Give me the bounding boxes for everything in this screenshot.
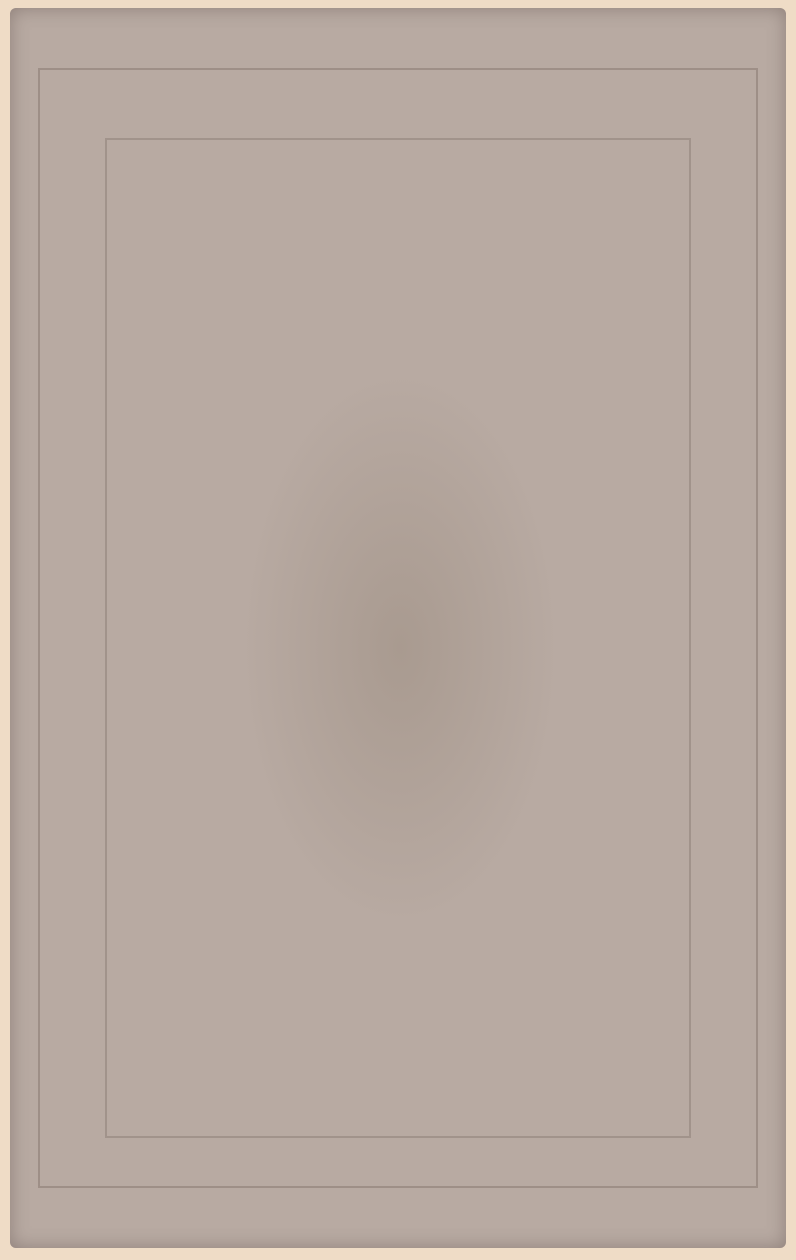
rug	[10, 8, 786, 1248]
rug-central-medallion	[240, 368, 560, 928]
